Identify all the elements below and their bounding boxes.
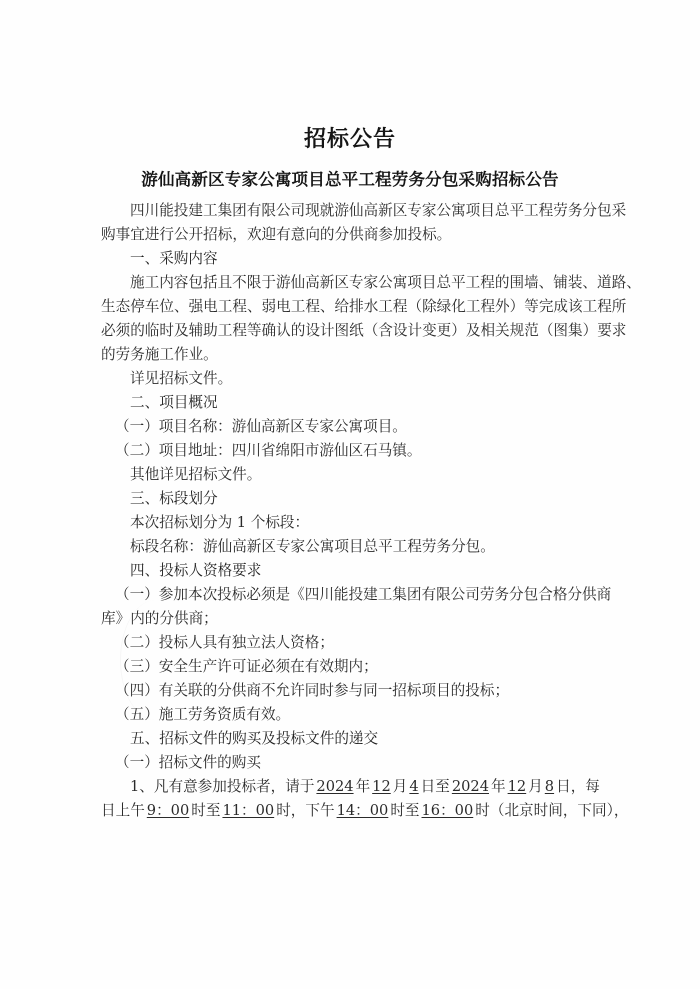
day-label: 日，每 [556, 778, 600, 795]
section-3-line: 标段名称：游仙高新区专家公寓项目总平工程劳务分包。 [101, 535, 607, 559]
end-month: 12 [506, 778, 529, 795]
intro-line-2: 购事宜进行公开招标，欢迎有意向的分供商参加投标。 [101, 223, 607, 247]
document-subtitle: 游仙高新区专家公寓项目总平工程劳务分包采购招标公告 [0, 166, 700, 190]
year-label: 年 [356, 778, 371, 795]
pm-end-time: 16：00 [420, 802, 476, 819]
section-1-content-line: 施工内容包括且不限于游仙高新区专家公寓项目总平工程的围墙、铺装、道路、 [101, 271, 607, 295]
end-year: 2024 [450, 778, 491, 795]
document-page: 招标公告 游仙高新区专家公寓项目总平工程劳务分包采购招标公告 四川能投建工集团有… [0, 0, 700, 989]
section-1-content-line: 生态停车位、强电工程、弱电工程、给排水工程（除绿化工程外）等完成该工程所 [101, 295, 607, 319]
purchase-period-line-2: 日上午9：00时至11：00时，下午14：00时至16：00时（北京时间，下同）… [101, 799, 607, 823]
section-1-heading: 一、采购内容 [101, 247, 607, 271]
day-to-label: 日至 [421, 778, 450, 795]
pm-start-time: 14：00 [335, 802, 391, 819]
start-day: 4 [407, 778, 420, 795]
section-2-item: （一）项目名称：游仙高新区专家公寓项目。 [101, 415, 607, 439]
section-1-content-line: 的劳务施工作业。 [101, 343, 607, 367]
section-4-item-1-line-2: 库》内的分供商； [101, 607, 607, 631]
section-3-heading: 三、标段划分 [101, 487, 607, 511]
section-5-heading: 五、招标文件的购买及投标文件的递交 [101, 727, 607, 751]
to-label: 时至 [191, 802, 220, 819]
section-1-content-line: 必须的临时及辅助工程等确认的设计图纸（含设计变更）及相关规范（图集）要求 [101, 319, 607, 343]
afternoon-label: 时，下午 [276, 802, 334, 819]
end-day: 8 [543, 778, 556, 795]
section-4-item: （五）施工劳务资质有效。 [101, 703, 607, 727]
section-2-heading: 二、项目概况 [101, 391, 607, 415]
section-5-subheading: （一）招标文件的购买 [101, 751, 607, 775]
purchase-prefix: 1、凡有意参加投标者，请于 [130, 778, 314, 795]
section-4-heading: 四、投标人资格要求 [101, 559, 607, 583]
am-end-time: 11：00 [220, 802, 276, 819]
section-3-line: 本次招标划分为 1 个标段： [101, 511, 607, 535]
document-body: 四川能投建工集团有限公司现就游仙高新区专家公寓项目总平工程劳务分包采 购事宜进行… [101, 199, 607, 823]
morning-label: 日上午 [101, 802, 145, 819]
section-2-note: 其他详见招标文件。 [101, 463, 607, 487]
section-4-item: （四）有关联的分供商不允许同时参与同一招标项目的投标； [101, 679, 607, 703]
start-year: 2024 [314, 778, 355, 795]
purchase-period-line-1: 1、凡有意参加投标者，请于2024年12月4日至2024年12月8日，每 [101, 775, 607, 799]
section-4-item: （二）投标人具有独立法人资格； [101, 631, 607, 655]
intro-line-1: 四川能投建工集团有限公司现就游仙高新区专家公寓项目总平工程劳务分包采 [101, 199, 607, 223]
month-label: 月 [393, 778, 408, 795]
section-4-item: （三）安全生产许可证必须在有效期内； [101, 655, 607, 679]
am-start-time: 9：00 [145, 802, 191, 819]
start-month: 12 [370, 778, 393, 795]
to-label: 时至 [390, 802, 419, 819]
section-4-item-1-line-1: （一）参加本次投标必须是《四川能投建工集团有限公司劳务分包合格分供商 [101, 583, 607, 607]
section-2-item: （二）项目地址：四川省绵阳市游仙区石马镇。 [101, 439, 607, 463]
section-1-note: 详见招标文件。 [101, 367, 607, 391]
document-title: 招标公告 [0, 122, 700, 153]
year-label: 年 [491, 778, 506, 795]
month-label: 月 [528, 778, 543, 795]
time-suffix: 时（北京时间，下同）， [475, 802, 628, 819]
